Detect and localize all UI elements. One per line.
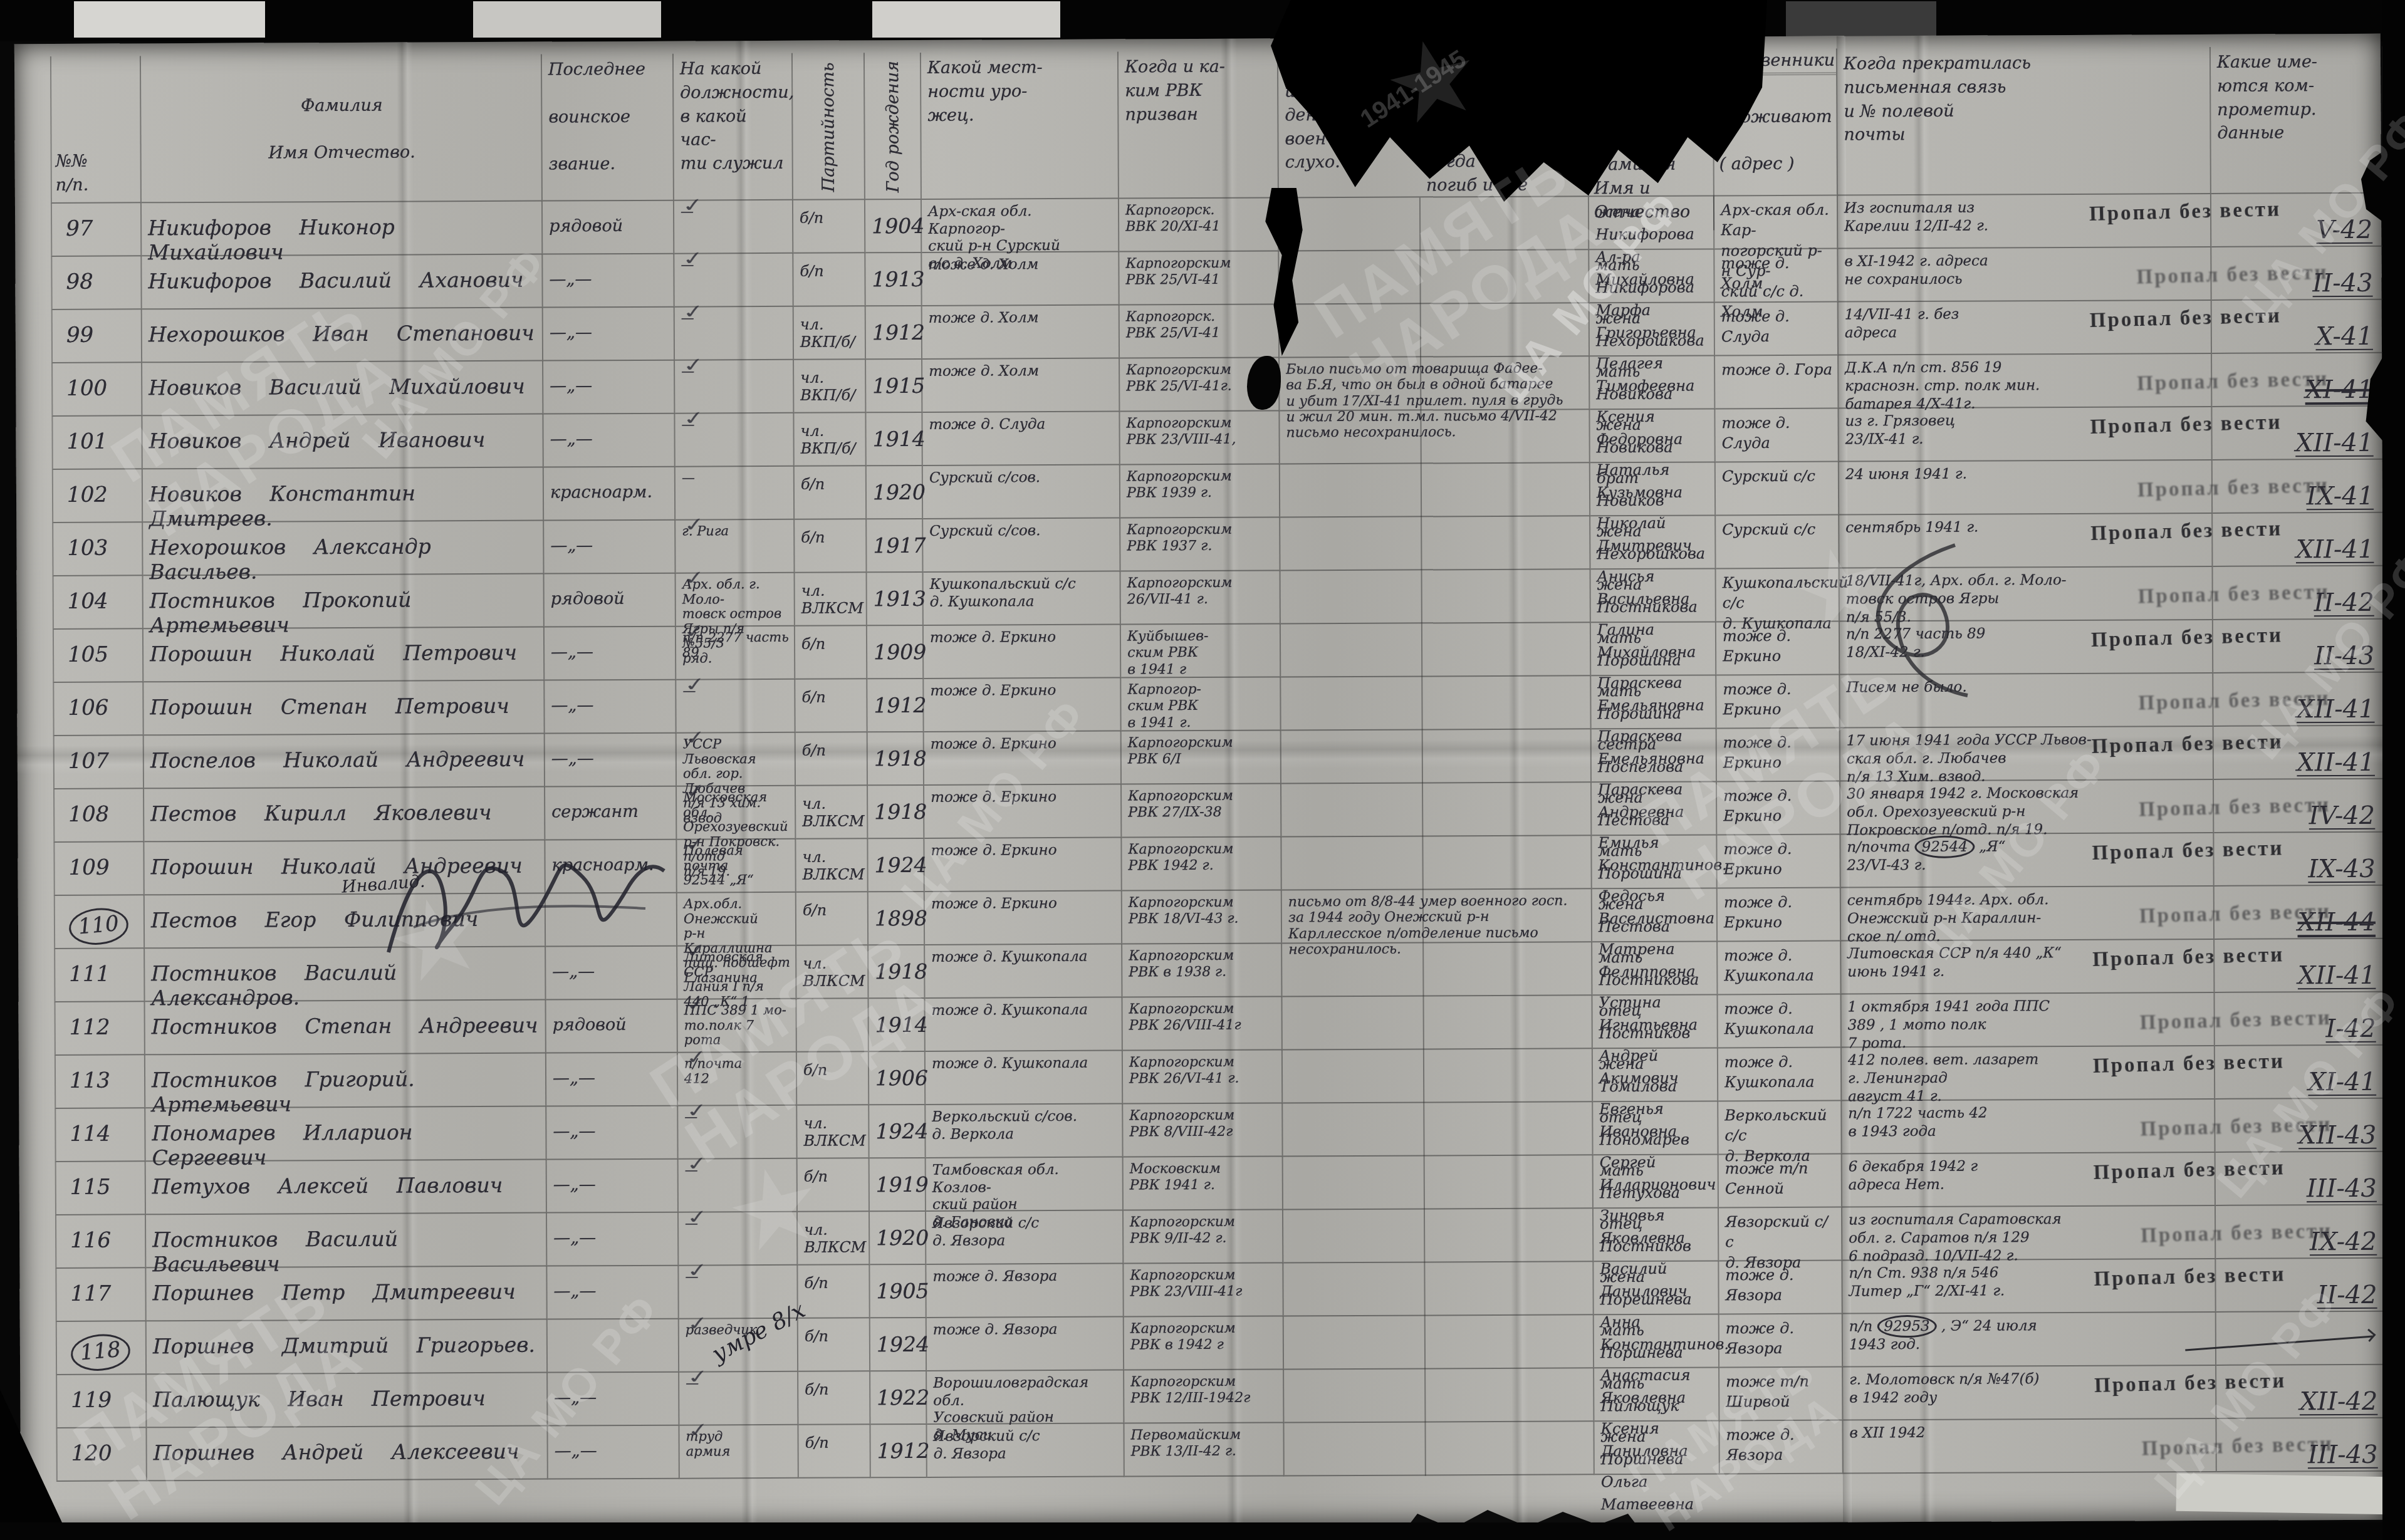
row-number-cell: 112 (55, 1002, 145, 1056)
birth-year-value: 1914 (875, 1002, 919, 1037)
relative-address-cell: тоже д. Кушкопала (1718, 942, 1841, 996)
row-number: 100 (66, 376, 107, 401)
drafted-by-value: Карпогорским РВК 23/VIII-41, (1126, 415, 1273, 449)
party-value: б/п (801, 683, 861, 705)
party-value: б/п (803, 1056, 863, 1078)
birthplace-value: тоже д. Слуда (929, 416, 1114, 434)
relative-address-cell: Явзорский с/с д. Явзора (1719, 1208, 1842, 1262)
rank-cell: —„—✓ (545, 734, 677, 788)
party-cell: б/п (798, 1265, 870, 1319)
rank-cell: —„—✓ (543, 254, 674, 308)
birthplace-value: тоже д. Холм (928, 256, 1113, 274)
header-compromising-label: Какие име- ются ком- прометир. данные (2217, 50, 2377, 145)
birth-year-cell: 1918 (869, 945, 925, 999)
party-cell: б/п (798, 1371, 870, 1425)
header-last-contact-label: Когда прекратилась письменная связь и № … (1844, 51, 2205, 147)
missing-in-action-stamp: Пропал без вести (2091, 731, 2283, 759)
birthplace-cell: Сурский с/сов. (923, 466, 1120, 519)
verdict-cell: Пропал без вестиIV-42 (2214, 779, 2386, 833)
soldier-name-cell: Постников Прокопий Артемьевич (143, 575, 545, 630)
missing-date: II-42 (2314, 588, 2374, 617)
relative-address-cell: тоже д. Слуда (1715, 409, 1839, 463)
row-number: 114 (70, 1121, 110, 1147)
birthplace-value: тоже д. Явзора (932, 1268, 1117, 1286)
soldier-name-cell: Пономарев Илларион Сергеевич (145, 1107, 546, 1162)
death-info-cell (1281, 623, 1591, 677)
birth-year-cell: 1914 (866, 413, 922, 466)
soldier-name: Поршнев Андрей Алексеевич (154, 1430, 542, 1465)
soldier-name: Поспелов Николай Андреевич (150, 738, 539, 773)
row-number: 118 (70, 1331, 132, 1373)
verdict-cell (2216, 1312, 2389, 1366)
party-cell: б/п (793, 200, 865, 254)
drafted-by-value: Карпогорск. РВК 25/VI-41 (1126, 308, 1273, 342)
birthplace-value: Явзорский с/с д. Явзора (933, 1428, 1118, 1463)
row-number-cell: 118 (56, 1321, 147, 1375)
birth-year-cell: 1917 (867, 519, 923, 573)
birthplace-cell: Сурский с/сов. (923, 519, 1120, 573)
relative-address-value: тоже д. Слуда (1721, 413, 1832, 454)
birth-year-value: 1922 (877, 1375, 921, 1410)
birthplace-cell: Явзорский с/с д. Явзора (927, 1424, 1124, 1478)
verdict-cell: Пропал без вестиXII-41 (2214, 726, 2386, 780)
row-number-cell: 98 (51, 256, 142, 310)
birth-year-cell: 1914 (869, 999, 926, 1052)
party-cell: чл. ВЛКСМ (797, 1105, 869, 1159)
birth-year-value: 1924 (875, 1109, 919, 1143)
relative-address-cell: тоже д. Явзора (1719, 1421, 1843, 1475)
death-info-value (1288, 786, 1589, 788)
duty-unit-value: — (685, 1163, 791, 1178)
relative-cell: мать Никифорова Марфа Григорьевна (1589, 249, 1714, 303)
missing-in-action-stamp: Пропал без вести (2137, 581, 2330, 609)
verdict-cell: Пропал без вестиII-43 (2213, 620, 2386, 674)
drafted-by-value: Карпогорским РВК в 1938 г. (1129, 947, 1276, 981)
party-value: б/п (804, 1269, 863, 1291)
relative-address-value: тоже д. Еркино (1723, 839, 1834, 880)
death-info-value (1290, 1159, 1590, 1160)
relative-cell: мать Поршнева Анастасия Яковлевна (1594, 1314, 1719, 1368)
death-info-cell (1282, 942, 1592, 997)
header-duty-label: На какой должности, в какой час- ти служ… (680, 57, 787, 176)
missing-date: IX-43 (2308, 855, 2375, 883)
relative-cell: мать Порошина Параскева Емельяновна (1591, 622, 1716, 676)
drafted-by-cell: Карпогорским РВК в 1938 г. (1122, 944, 1282, 997)
soldier-name-cell: Порошин Степан Петрович (143, 681, 545, 736)
verdict-cell: Пропал без вестиXII-41 (2213, 513, 2385, 567)
table-row: 115Петухов Алексей Павлович—„—✓—б/п1919Т… (55, 1152, 2388, 1215)
table-row: 99Нехорошков Иван Степанович—„—✓—чл. ВКП… (51, 300, 2384, 363)
row-number-cell: 108 (53, 789, 144, 843)
missing-date: XII-41 (2298, 961, 2376, 991)
soldier-name: Постников Степан Андреевич (152, 1004, 540, 1039)
missing-date: XII-42 (2300, 1387, 2378, 1417)
row-number: 108 (68, 802, 109, 827)
birthplace-value: тоже д. Еркино (931, 789, 1115, 807)
missing-date: XII-41 (2297, 748, 2375, 778)
rank-cell: сержант✓ (545, 787, 677, 841)
party-cell: б/п (796, 732, 868, 786)
drafted-by-cell: Карпогорским РВК 8/VIII-42г (1123, 1103, 1283, 1157)
missing-in-action-stamp: Пропал без вести (2137, 368, 2329, 396)
relative-address-cell: тоже д. Кушкопала (1718, 995, 1841, 1049)
missing-in-action-stamp: Пропал без вести (2091, 624, 2283, 652)
birthplace-value: тоже д. Еркино (931, 736, 1115, 754)
signature-scrawl (376, 833, 670, 977)
birth-year-value: 1920 (876, 1215, 920, 1250)
birth-year-value: 1924 (877, 1322, 921, 1356)
relative-address-value: тоже д. Еркино (1723, 626, 1834, 667)
verdict-cell: Пропал без вестиXII-41 (2213, 673, 2386, 727)
death-info-cell: Было письмо от товарища Фадее- ва Б.Я, ч… (1280, 356, 1590, 411)
rank-value: —„— (550, 524, 669, 556)
relative-address-value: тоже д. Еркино (1723, 679, 1834, 721)
death-info-cell (1282, 996, 1592, 1050)
birthplace-value: тоже д. Холм (929, 310, 1114, 328)
circled-field-post-number: 92544 (1915, 836, 1975, 858)
row-number: 109 (68, 855, 109, 880)
rank-cell: —„—✓ (547, 1266, 679, 1320)
death-info-value (1287, 680, 1588, 681)
relative-address-cell: тоже д. Кушкопала (1718, 1048, 1842, 1102)
birth-year-value: 1912 (877, 1428, 921, 1463)
death-info-cell (1280, 516, 1590, 571)
birthplace-cell: Арх-ская обл. Карпогор- ский р-н Сурский… (922, 199, 1119, 253)
soldier-name: Пестов Кирилл Яковлевич (150, 791, 539, 826)
birth-year-value: 1914 (872, 417, 916, 451)
death-info-cell (1283, 1102, 1593, 1157)
death-info-cell (1283, 1049, 1593, 1103)
soldier-name-cell: Никифоров Никонор Михайлович (142, 202, 543, 257)
party-value: б/п (800, 204, 859, 226)
drafted-by-cell: Карпогор- ским РВК в 1941 г. (1121, 677, 1281, 731)
relative-address-cell: тоже д. Слуда (1715, 303, 1839, 356)
row-number: 99 (66, 323, 93, 348)
duty-unit-value: — (682, 684, 789, 699)
death-info-cell (1281, 783, 1592, 837)
table-row: 103Нехорошков Александр Васильев.—„—✓г. … (52, 513, 2385, 576)
row-number: 103 (67, 536, 108, 561)
relative-address-cell: тоже д. Еркино (1717, 835, 1840, 889)
birthplace-value: тоже д. Еркино (930, 682, 1115, 700)
row-number-cell: 106 (53, 682, 143, 736)
duty-unit-value: — (686, 1376, 792, 1391)
duty-unit-value: г. Рига (682, 524, 788, 539)
relative-address-value: тоже д. Слуда (1721, 306, 1832, 348)
party-cell: б/п (798, 1318, 870, 1372)
birth-year-cell: 1904 (865, 200, 922, 253)
header-rank-label: Последнее воинское звание. (548, 58, 668, 177)
rank-value (554, 1323, 673, 1335)
missing-date: IX-41 (2307, 482, 2374, 511)
film-strip-bottom (0, 1522, 2405, 1540)
birth-year-cell: 1905 (870, 1265, 926, 1318)
relative-address-cell: тоже д. Еркино (1716, 622, 1840, 676)
record-table: №№ п/п. Фамилия Имя Отчество. Последнее … (50, 46, 2389, 1482)
soldier-name-cell: Постников Степан Андреевич (145, 1001, 546, 1056)
drafted-by-value: Карпогорским РВК 1937 г. (1127, 521, 1274, 555)
header-row-number-label: №№ п/п. (56, 150, 89, 197)
rank-cell: —„—✓ (543, 308, 675, 362)
duty-unit-value: труд армия (686, 1429, 793, 1459)
relative-cell: жена Томилова Евгенья Ивановна (1593, 1048, 1718, 1102)
relative-address-cell: тоже д. Еркино (1718, 888, 1841, 942)
missing-date: XII-41 (2296, 535, 2374, 564)
drafted-by-cell: Карпогорским 26/VII-41 г. (1121, 571, 1281, 625)
row-number-cell: 102 (52, 469, 143, 523)
birth-year-cell: 1912 (867, 679, 924, 732)
missing-in-action-stamp: Пропал без вести (2092, 837, 2284, 865)
relative-address-cell: тоже д. Еркино (1717, 729, 1840, 783)
birth-year-cell: 1912 (866, 306, 922, 360)
death-info-value (1288, 733, 1589, 734)
relative-address-value: тоже т/п Сенной (1725, 1158, 1836, 1200)
party-cell: чл. ВЛКСМ (798, 1212, 870, 1266)
drafted-by-cell: Карпогорским РВК 26/VIII-41г (1123, 997, 1283, 1051)
table-row: 106Порошин Степан Петрович—„—✓—б/п1912то… (53, 673, 2386, 736)
death-info-cell (1283, 1262, 1594, 1316)
birth-year-cell: 1906 (869, 1052, 926, 1105)
missing-in-action-stamp: Пропал без вести (2092, 944, 2285, 972)
death-info-value (1286, 414, 1587, 415)
party-value: б/п (804, 1162, 863, 1185)
rank-value: —„— (554, 1376, 673, 1408)
verdict-cell: Пропал без вестиV-42 (2211, 194, 2384, 247)
birthplace-cell: Веркольский с/сов. д. Веркола (926, 1105, 1123, 1158)
party-cell: чл. ВКП/б/ (794, 306, 866, 360)
rank-cell: —„—✓ (543, 414, 675, 468)
birth-year-cell: 1918 (868, 732, 924, 786)
party-value: чл. ВЛКСМ (802, 789, 862, 830)
verdict-cell: Пропал без вестиXII-41 (2212, 407, 2384, 460)
table-row: 114Пономарев Илларион Сергеевич—„—✓—чл. … (55, 1099, 2387, 1162)
birthplace-cell: тоже д. Кушкопала (925, 945, 1122, 999)
row-number-cell: 105 (53, 629, 143, 683)
ink-flourish (1842, 533, 1980, 702)
missing-date: IV-42 (2309, 801, 2376, 830)
soldier-name-cell: Нехорошков Александр Васильев. (143, 521, 544, 576)
row-number: 106 (68, 695, 108, 721)
relative-cell: жена Новикова Наталья Кузьмовна (1590, 409, 1715, 463)
missing-date: XII-41 (2297, 695, 2375, 724)
duty-unit-value: — (681, 204, 787, 219)
row-number: 110 (68, 905, 130, 947)
relative-cell: жена Постникова Галина Михайловна (1591, 569, 1716, 623)
death-info-cell (1284, 1315, 1594, 1370)
relative-address-value: тоже д. Кушкопала (1724, 1052, 1835, 1093)
party-cell: чл. ВКП/б/ (794, 413, 866, 467)
birthplace-value: тоже д. Еркино (931, 895, 1116, 913)
birth-year-value: 1924 (874, 843, 918, 877)
relative-cell: жена Порешнева Анна Константинов. (1594, 1261, 1719, 1315)
birthplace-value: Кушкопальский с/с д. Кушкопала (930, 576, 1115, 611)
header-birthplace: Какой мест- ности уро- жец. (921, 52, 1119, 200)
relative-address-value: тоже д. Кушкопала (1724, 999, 1835, 1040)
missing-date: III-43 (2308, 1440, 2378, 1469)
death-info-value (1289, 999, 1590, 1001)
drafted-by-value: Карпогор- ским РВК в 1941 г. (1127, 681, 1275, 731)
birthplace-value: Сурский с/сов. (929, 523, 1114, 541)
birth-year-cell: 1919 (870, 1158, 926, 1212)
relative-address-value: тоже д. Еркино (1724, 892, 1835, 934)
death-info-cell: письмо от 8/8-44 умер военного госп. за … (1282, 889, 1592, 944)
birthplace-value: тоже д. Еркино (931, 842, 1115, 860)
relative-address-cell: тоже д. Гора (1715, 356, 1839, 410)
birth-year-value: 1912 (872, 310, 916, 345)
header-name: Фамилия Имя Отчество. (141, 55, 543, 204)
birthplace-cell: тоже д. Слуда (922, 412, 1120, 466)
missing-date: X-41 (2315, 322, 2373, 351)
birth-year-value: 1898 (875, 896, 919, 930)
duty-unit-value: — (684, 1110, 791, 1125)
row-number-cell: 117 (55, 1268, 146, 1322)
birth-year-value: 1917 (873, 523, 917, 558)
duty-unit-value: Полевая почта 92544 „Я“ (683, 843, 790, 888)
party-value: б/п (805, 1428, 865, 1451)
relative-address-value: Сурский с/с (1722, 519, 1833, 540)
table-row: 102Новиков Константин Дмитреев.красноарм… (52, 460, 2385, 523)
row-number: 104 (68, 589, 108, 614)
birth-year-cell: 1898 (869, 892, 925, 945)
row-number: 98 (66, 269, 93, 294)
soldier-name: Порошин Степан Петрович (150, 685, 538, 720)
relative-value: жена Поршнева Ольга Матвеевна (1600, 1425, 1714, 1516)
party-value: б/п (805, 1322, 864, 1345)
relative-address-cell: Веркольский с/с д. Веркола (1718, 1101, 1842, 1155)
drafted-by-cell: Карпогорским РВК в 1942 г (1124, 1316, 1284, 1370)
relative-address-cell: тоже т/п Ширвой (1719, 1368, 1843, 1422)
death-info-cell (1280, 410, 1590, 464)
row-number: 97 (66, 216, 93, 241)
party-value: б/п (800, 257, 859, 279)
missing-in-action-stamp: Пропал без вести (2137, 474, 2330, 502)
birth-year-value: 1909 (874, 630, 917, 664)
birthplace-value: Сурский с/сов. (929, 469, 1114, 487)
party-value: б/п (802, 736, 862, 759)
party-value: чл. ВЛКСМ (801, 576, 861, 617)
birthplace-cell: тоже д. Кушкопала (926, 998, 1123, 1052)
duty-unit-value: — (681, 364, 788, 379)
rank-value: —„— (551, 631, 670, 662)
drafted-by-cell: Карпогорск. ВВК 20/XI-41 (1119, 198, 1279, 252)
birth-year-value: 1919 (876, 1162, 920, 1197)
relative-address-value: тоже д. Явзора (1726, 1318, 1837, 1360)
missing-in-action-stamp: Пропал без вести (2136, 261, 2329, 289)
verdict-cell: Пропал без вестиXII-42 (2216, 1365, 2389, 1419)
drafted-by-value: Карпогорским 26/VII-41 г. (1127, 575, 1275, 608)
birth-year-cell: 1913 (865, 253, 922, 306)
drafted-by-value: Карпогорским РВК 26/VIII-41г (1129, 1001, 1276, 1034)
duty-unit-value: — (681, 311, 788, 326)
birthplace-cell: тоже д. Кушкопала (926, 1051, 1123, 1105)
death-info-cell (1280, 303, 1590, 358)
row-number-cell: 113 (55, 1055, 145, 1109)
table-header: №№ п/п. Фамилия Имя Отчество. Последнее … (50, 46, 2384, 204)
birth-year-cell: 1913 (867, 573, 924, 626)
row-number-cell: 116 (55, 1215, 146, 1269)
party-value (803, 1002, 863, 1007)
relative-cell: мать Порошина Параскева Емельяновна (1591, 675, 1716, 729)
birth-year-value: 1906 (875, 1056, 919, 1090)
rank-cell: красноарм. (544, 467, 676, 521)
birth-year-value: 1905 (876, 1269, 920, 1303)
verdict-cell: Пропал без вестиIX-43 (2214, 833, 2386, 887)
birthplace-cell: тоже д. Холм (922, 359, 1120, 413)
birthplace-cell: Кушкопальский с/с д. Кушкопала (924, 572, 1121, 626)
drafted-by-value: Карпогорским РВК 26/VI-41 г. (1129, 1054, 1276, 1088)
birthplace-value: тоже д. Еркино (930, 629, 1115, 647)
rank-cell: —„—✓ (548, 1426, 679, 1480)
missing-in-action-stamp: Пропал без вести (2093, 1050, 2285, 1078)
drafted-by-value: Карпогорским РВК 25/VI-41 (1125, 255, 1273, 289)
verdict-cell: Пропал без вестиXI-41 (2215, 1046, 2387, 1100)
birthplace-cell: тоже д. Явзора (926, 1264, 1124, 1318)
film-frame-block (473, 1, 661, 38)
row-number-cell: 114 (55, 1108, 145, 1162)
birthplace-cell: Ворошиловградская обл. Усовский район д.… (927, 1371, 1124, 1425)
relative-cell: брат Новиков Николай Дмитревич (1590, 462, 1716, 516)
verdict-cell: Пропал без вестиXII-44 (2215, 886, 2387, 940)
verdict-cell: Пропал без вестиIII-43 (2216, 1152, 2388, 1206)
relative-address-value: тоже д. Еркино (1723, 732, 1834, 774)
missing-date: XI-41 (2308, 1068, 2376, 1096)
drafted-by-cell: Карпогорским РВК 1937 г. (1120, 518, 1280, 571)
drafted-by-value: Карпогорским РВК 8/VIII-42г (1129, 1107, 1276, 1141)
drafted-by-value: Первомайским РВК 13/II-42 г. (1130, 1427, 1278, 1460)
birthplace-value: тоже д. Явзора (933, 1321, 1118, 1340)
table-row: 117Поршнев Петр Дмитреевич—„—✓—б/п1905то… (55, 1259, 2388, 1322)
rank-cell: рядовой✓ (546, 1000, 678, 1054)
drafted-by-value: Московским РВК 1941 г. (1130, 1160, 1277, 1194)
table-row: 107Поспелов Николай Андреевич—„—✓УССР Ль… (53, 726, 2386, 789)
drafted-by-value: Карпогорск. ВВК 20/XI-41 (1125, 202, 1273, 236)
verdict-cell: Пропал без вестиXI-41 (2212, 353, 2384, 407)
row-number-cell: 109 (53, 842, 144, 896)
rank-value: —„— (550, 365, 669, 396)
rank-value: —„— (553, 1217, 672, 1248)
party-cell: чл. ВЛКСМ (796, 786, 868, 840)
death-info-cell (1279, 197, 1589, 251)
birth-year-cell: 1920 (870, 1212, 926, 1265)
row-number: 105 (68, 642, 108, 667)
rank-cell: —„—✓ (544, 521, 676, 575)
soldier-name: Поршнев Петр Дмитреевич (152, 1271, 541, 1306)
soldier-name-cell: Никифоров Василий Аханович (142, 255, 543, 310)
rank-value: сержант (551, 791, 670, 822)
header-name-label: Фамилия Имя Отчество. (268, 93, 415, 165)
missing-date: II-43 (2314, 642, 2374, 670)
party-cell: чл. ВКП/б/ (794, 360, 866, 414)
birth-year-value: 1913 (874, 576, 917, 611)
death-info-value (1286, 307, 1587, 308)
relative-cell: отец Пономарев Сергей Илларионович (1593, 1101, 1718, 1155)
birthplace-cell: тоже д. Еркино (925, 892, 1122, 945)
birth-year-value: 1918 (874, 736, 918, 771)
rank-value: красноарм. (550, 471, 669, 502)
row-number: 119 (71, 1388, 112, 1413)
rank-value: —„— (550, 418, 669, 449)
table-row: 100Новиков Василий Михайлович—„—✓—чл. ВК… (51, 353, 2384, 417)
row-number-cell: 107 (53, 736, 144, 789)
rank-cell: рядовой✓ (545, 574, 676, 628)
drafted-by-cell: Карпогорским РВК 18/VI-43 г. (1122, 890, 1282, 944)
soldier-name: Новиков Андрей Иванович (149, 419, 537, 454)
relative-cell: мать Порошина Федосья Васелистовна (1592, 835, 1717, 889)
duty-unit-value: — (681, 258, 787, 273)
birth-year-value: 1912 (874, 683, 917, 717)
birth-year-cell: 1920 (867, 466, 923, 519)
duty-unit-value: — (682, 471, 788, 486)
